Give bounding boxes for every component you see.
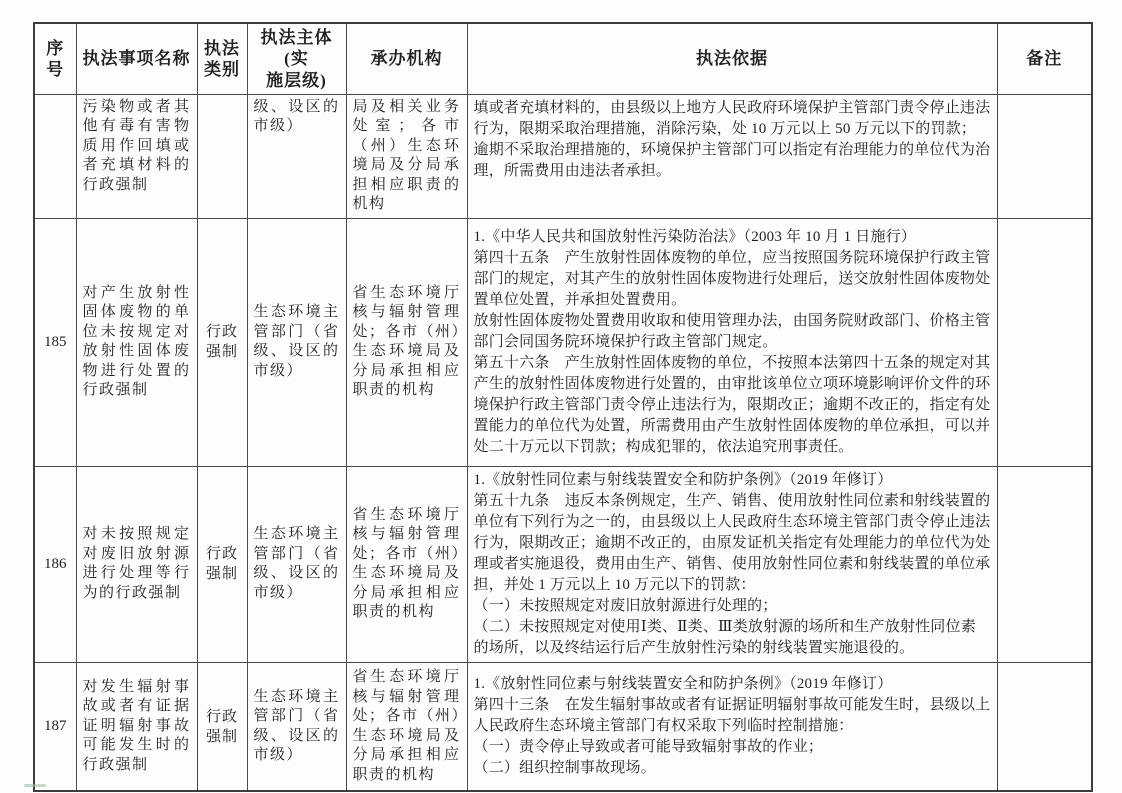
cell-seq — [34, 94, 76, 218]
cell-seq: 187 — [34, 662, 76, 791]
table-row: 186 对未按照规定对废旧放射源进行处理等行为的行政强制 行政强制 生态环境主管… — [34, 466, 1092, 662]
cell-agency: 省生态环境厅核与辐射管理处；各市（州）生态环境局及分局承担相应职责的机构 — [346, 662, 467, 791]
cell-basis: 填或者充填材料的，由县级以上地方人民政府环境保护主管部门责令停止违法行为，限期采… — [467, 94, 997, 218]
cell-basis: 1.《中华人民共和国放射性污染防治法》（2003 年 10 月 1 日施行） 第… — [467, 218, 997, 466]
cell-agency: 局及相关业务处室；各市（州）生态环境局及分局承担相应职责的机构 — [346, 94, 467, 218]
header-agency: 承办机构 — [346, 23, 467, 94]
cell-agency: 省生态环境厅核与辐射管理处；各市（州）生态环境局及分局承担相应职责的机构 — [346, 218, 467, 466]
header-item-name: 执法事项名称 — [76, 23, 197, 94]
cell-subject: 生态环境主管部门（省级、设区的市级） — [247, 466, 346, 662]
cell-subject: 生态环境主管部门（省级、设区的市级） — [247, 662, 346, 791]
cell-agency: 省生态环境厅核与辐射管理处；各市（州）生态环境局及分局承担相应职责的机构 — [346, 466, 467, 662]
table-row: 187 对发生辐射事故或者有证据证明辐射事故可能发生时的行政强制 行政强制 生态… — [34, 662, 1092, 791]
table-row: 185 对产生放射性固体废物的单位未按规定对放射性固体废物进行处置的行政强制 行… — [34, 218, 1092, 466]
scanned-document-page: 序 号 执法事项名称 执法 类别 执法主体(实 施层级) 承办机构 执法依据 备… — [0, 0, 1122, 793]
cell-category — [197, 94, 247, 218]
cell-basis: 1.《放射性同位素与射线装置安全和防护条例》（2019 年修订） 第四十三条 在… — [467, 662, 997, 791]
cell-subject: 生态环境主管部门（省级、设区的市级） — [247, 218, 346, 466]
table-body: 污染物或者其他有毒有害物质用作回填或者充填材料的行政强制 级、设区的市级） 局及… — [34, 94, 1092, 791]
header-seq: 序 号 — [34, 23, 76, 94]
cell-item-name: 对发生辐射事故或者有证据证明辐射事故可能发生时的行政强制 — [76, 662, 197, 791]
cell-item-name: 对产生放射性固体废物的单位未按规定对放射性固体废物进行处置的行政强制 — [76, 218, 197, 466]
cell-note — [997, 218, 1092, 466]
cell-category: 行政强制 — [197, 662, 247, 791]
cell-note — [997, 662, 1092, 791]
table-row: 污染物或者其他有毒有害物质用作回填或者充填材料的行政强制 级、设区的市级） 局及… — [34, 94, 1092, 218]
header-category: 执法 类别 — [197, 23, 247, 94]
header-basis: 执法依据 — [467, 23, 997, 94]
cell-subject: 级、设区的市级） — [247, 94, 346, 218]
header-subject: 执法主体(实 施层级) — [247, 23, 346, 94]
cell-note — [997, 94, 1092, 218]
cell-seq: 185 — [34, 218, 76, 466]
scan-smudge — [24, 784, 46, 787]
cell-item-name: 污染物或者其他有毒有害物质用作回填或者充填材料的行政强制 — [76, 94, 197, 218]
header-note: 备注 — [997, 23, 1092, 94]
cell-note — [997, 466, 1092, 662]
cell-basis: 1.《放射性同位素与射线装置安全和防护条例》（2019 年修订） 第五十九条 违… — [467, 466, 997, 662]
table-header-row: 序 号 执法事项名称 执法 类别 执法主体(实 施层级) 承办机构 执法依据 备… — [34, 23, 1092, 94]
cell-item-name: 对未按照规定对废旧放射源进行处理等行为的行政强制 — [76, 466, 197, 662]
cell-category: 行政强制 — [197, 218, 247, 466]
cell-category: 行政强制 — [197, 466, 247, 662]
cell-seq: 186 — [34, 466, 76, 662]
enforcement-items-table: 序 号 执法事项名称 执法 类别 执法主体(实 施层级) 承办机构 执法依据 备… — [33, 22, 1093, 792]
